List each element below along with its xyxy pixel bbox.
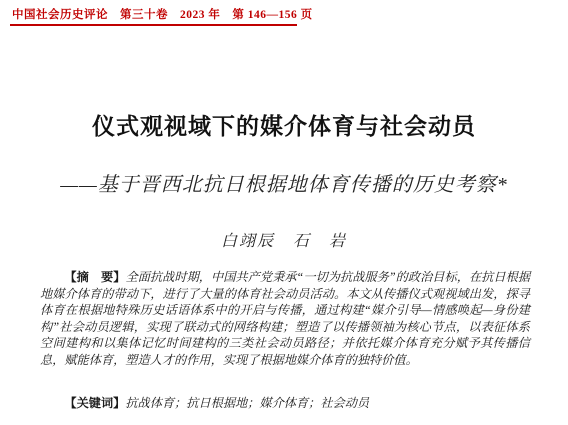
keywords-text: 抗战体育；抗日根据地；媒介体育；社会动员 [125,396,369,410]
article-subtitle: ——基于晋西北抗日根据地体育传播的历史考察* [0,168,568,197]
article-authors: 白翊辰 石 岩 [0,228,568,251]
journal-header-rule [10,24,297,26]
keywords-label: 【关键词】 [64,396,125,410]
article-title: 仪式观视域下的媒介体育与社会动员 [0,108,568,141]
keywords-paragraph: 【关键词】抗战体育；抗日根据地；媒介体育；社会动员 [40,395,530,412]
abstract-text: 全面抗战时期，中国共产党秉承“一切为抗战服务”的政治目标，在抗日根据地媒介体育的… [40,270,530,367]
abstract-paragraph: 【摘 要】全面抗战时期，中国共产党秉承“一切为抗战服务”的政治目标，在抗日根据地… [40,269,530,369]
paper-page: 中国社会历史评论 第三十卷 2023 年 第 146—156 页 仪式观视域下的… [0,0,568,425]
abstract-label: 【摘 要】 [64,270,125,284]
journal-header: 中国社会历史评论 第三十卷 2023 年 第 146—156 页 [12,6,552,22]
